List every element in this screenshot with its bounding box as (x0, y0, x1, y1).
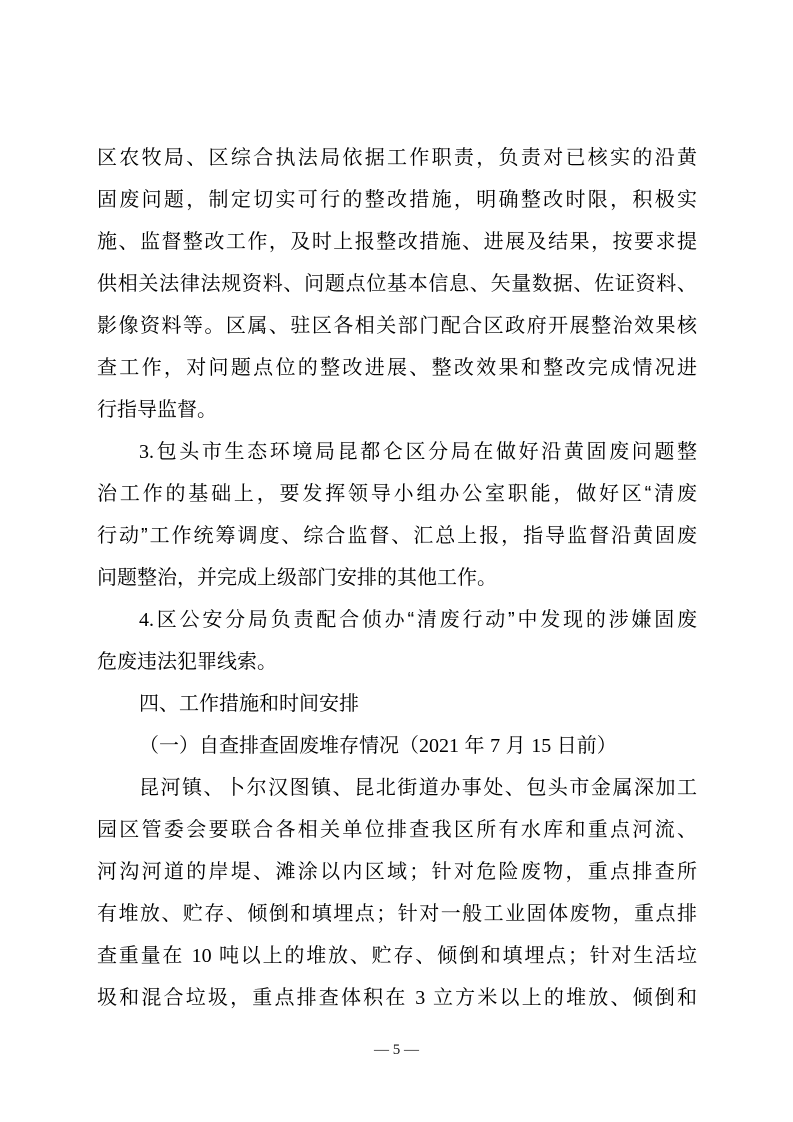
document-page: 区农牧局、区综合执法局依据工作职责，负责对已核实的沿黄固废问题，制定切实可行的整… (0, 0, 793, 1122)
text-line: 行动”工作统筹调度、综合监督、汇总上报，指导监督沿黄固废 (97, 515, 697, 557)
text-line: 有堆放、贮存、倾倒和填埋点；针对一般工业固体废物，重点排 (97, 893, 697, 935)
text-line: 施、监督整改工作，及时上报整改措施、进展及结果，按要求提 (97, 221, 697, 263)
document-body: 区农牧局、区综合执法局依据工作职责，负责对已核实的沿黄固废问题，制定切实可行的整… (97, 137, 697, 1019)
text-line: 昆河镇、卜尔汉图镇、昆北街道办事处、包头市金属深加工 (97, 767, 697, 809)
text-line: 4.区公安分局负责配合侦办“清废行动”中发现的涉嫌固废 (97, 599, 697, 641)
text-line: （一）自查排查固废堆存情况（2021 年 7 月 15 日前） (97, 725, 697, 767)
text-line: 供相关法律法规资料、问题点位基本信息、矢量数据、佐证资料、 (97, 263, 697, 305)
text-line: 问题整治，并完成上级部门安排的其他工作。 (97, 557, 697, 599)
text-line: 四、工作措施和时间安排 (97, 683, 697, 725)
text-line: 圾和混合垃圾，重点排查体积在 3 立方米以上的堆放、倾倒和 (97, 977, 697, 1019)
text-line: 查工作，对问题点位的整改进展、整改效果和整改完成情况进 (97, 347, 697, 389)
text-line: 3.包头市生态环境局昆都仑区分局在做好沿黄固废问题整 (97, 431, 697, 473)
text-line: 河沟河道的岸堤、滩涂以内区域；针对危险废物，重点排查所 (97, 851, 697, 893)
text-line: 区农牧局、区综合执法局依据工作职责，负责对已核实的沿黄 (97, 137, 697, 179)
text-line: 固废问题，制定切实可行的整改措施，明确整改时限，积极实 (97, 179, 697, 221)
text-line: 治工作的基础上，要发挥领导小组办公室职能，做好区“清废 (97, 473, 697, 515)
text-line: 行指导监督。 (97, 389, 697, 431)
page-number: — 5 — (0, 1039, 793, 1061)
text-line: 园区管委会要联合各相关单位排查我区所有水库和重点河流、 (97, 809, 697, 851)
text-line: 影像资料等。区属、驻区各相关部门配合区政府开展整治效果核 (97, 305, 697, 347)
text-line: 查重量在 10 吨以上的堆放、贮存、倾倒和填埋点；针对生活垃 (97, 935, 697, 977)
text-line: 危废违法犯罪线索。 (97, 641, 697, 683)
